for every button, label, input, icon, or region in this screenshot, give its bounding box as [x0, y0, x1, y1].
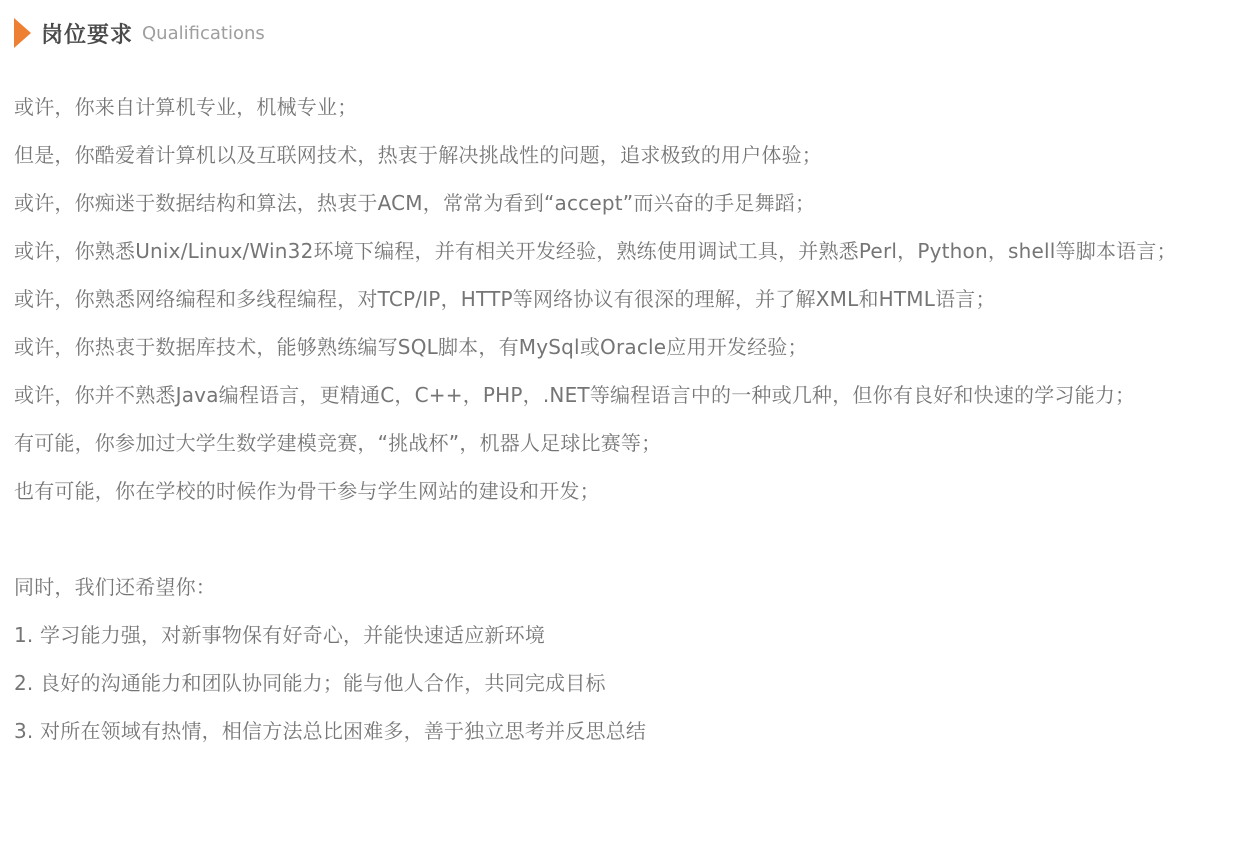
section-header: 岗位要求 Qualifications: [0, 0, 1240, 50]
section-title-zh: 岗位要求: [41, 18, 133, 49]
qualifications-body: 或许，你来自计算机专业，机械专业； 但是，你酷爱着计算机以及互联网技术，热衷于解…: [0, 50, 1240, 755]
paragraph-spacer: [14, 515, 1225, 563]
orange-triangle-marker-icon: [14, 18, 31, 48]
qualification-line: 但是，你酷爱着计算机以及互联网技术，热衷于解决挑战性的问题，追求极致的用户体验；: [14, 131, 1225, 179]
section-title-en: Qualifications: [142, 23, 265, 44]
qualification-line: 或许，你熟悉Unix/Linux/Win32环境下编程，并有相关开发经验，熟练使…: [14, 227, 1225, 275]
expectation-item: 2. 良好的沟通能力和团队协同能力；能与他人合作，共同完成目标: [14, 659, 1225, 707]
qualifications-section: 岗位要求 Qualifications 或许，你来自计算机专业，机械专业； 但是…: [0, 0, 1240, 864]
qualification-line: 有可能，你参加过大学生数学建模竞赛，“挑战杯”，机器人足球比赛等；: [14, 419, 1225, 467]
expectations-intro: 同时，我们还希望你：: [14, 563, 1225, 611]
qualification-line: 或许，你热衷于数据库技术，能够熟练编写SQL脚本，有MySql或Oracle应用…: [14, 323, 1225, 371]
expectation-item: 1. 学习能力强，对新事物保有好奇心，并能快速适应新环境: [14, 611, 1225, 659]
qualification-line: 或许，你来自计算机专业，机械专业；: [14, 83, 1225, 131]
expectation-item: 3. 对所在领域有热情，相信方法总比困难多，善于独立思考并反思总结: [14, 707, 1225, 755]
qualification-line: 或许，你并不熟悉Java编程语言，更精通C，C++，PHP，.NET等编程语言中…: [14, 371, 1225, 419]
qualification-line: 或许，你熟悉网络编程和多线程编程，对TCP/IP，HTTP等网络协议有很深的理解…: [14, 275, 1225, 323]
qualification-line: 或许，你痴迷于数据结构和算法，热衷于ACM，常常为看到“accept”而兴奋的手…: [14, 179, 1225, 227]
qualification-line: 也有可能，你在学校的时候作为骨干参与学生网站的建设和开发；: [14, 467, 1225, 515]
